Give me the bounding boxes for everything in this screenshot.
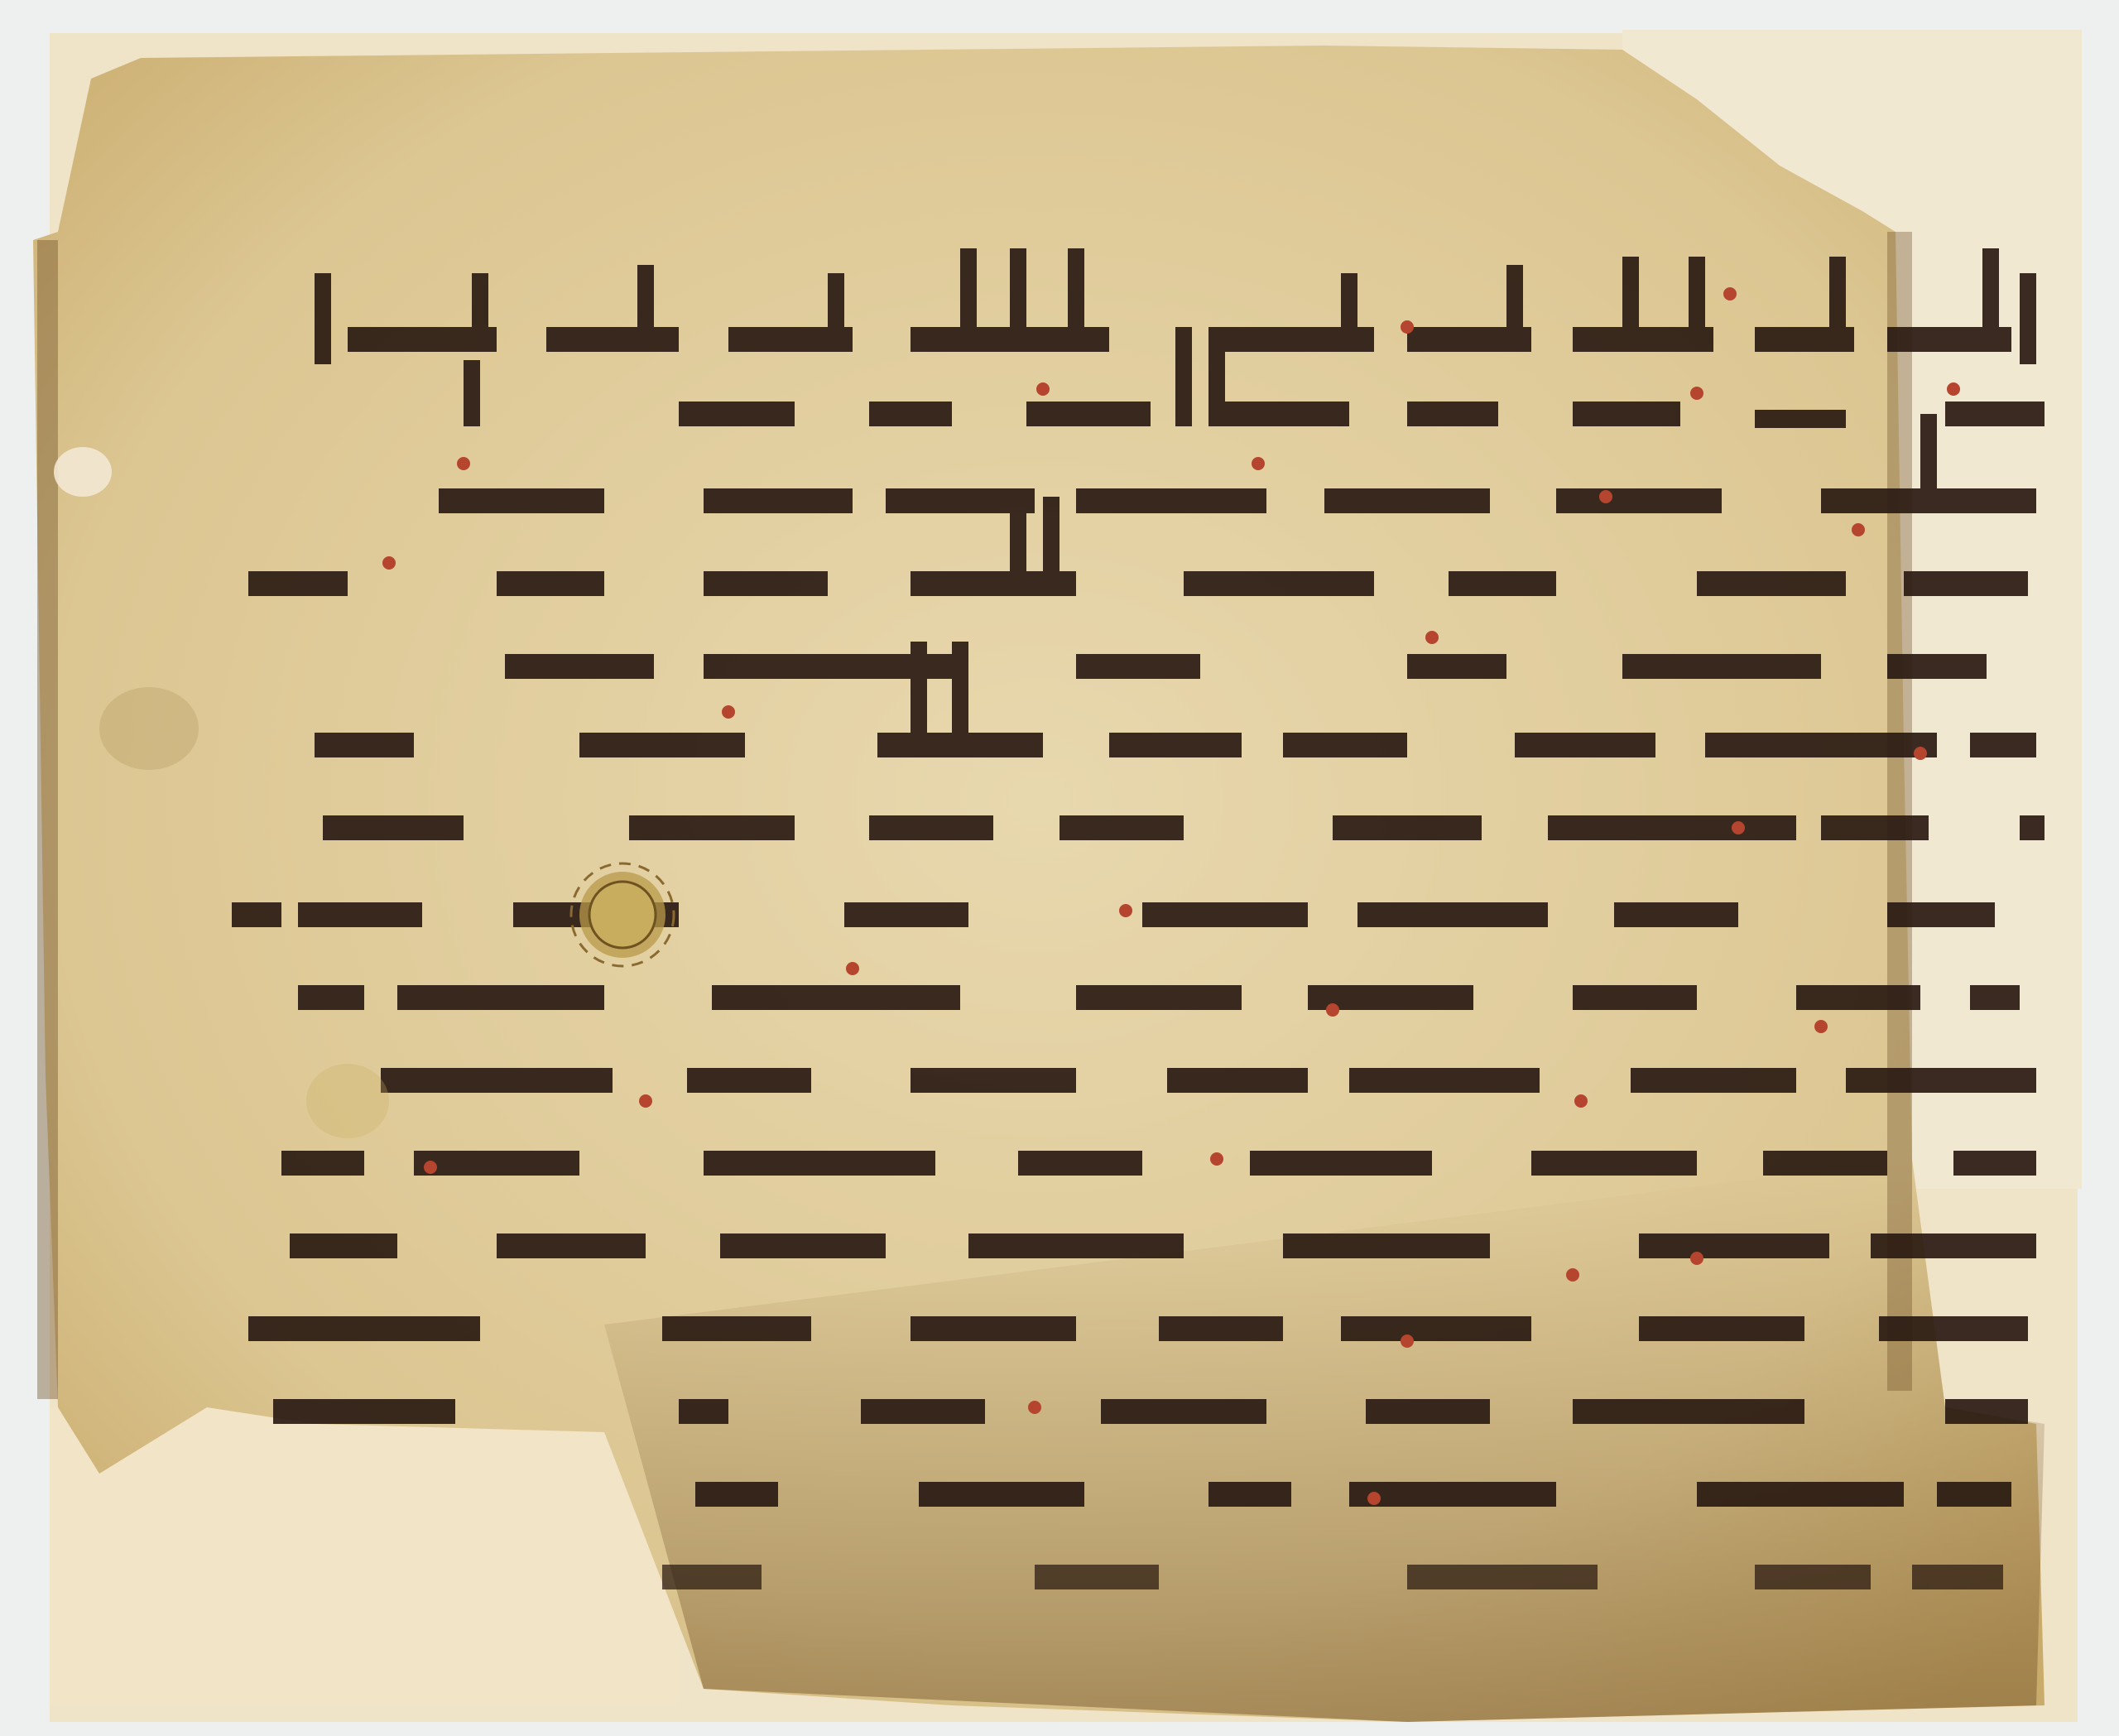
verse-rosette: [571, 863, 674, 966]
manuscript-leaf: [0, 0, 2119, 1736]
